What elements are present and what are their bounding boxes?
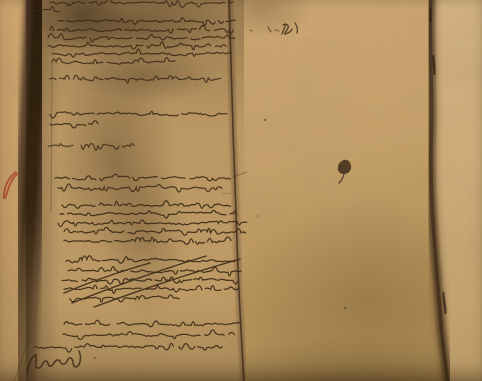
manuscript-left-page bbox=[26, 0, 244, 381]
manuscript-right-page bbox=[244, 0, 482, 381]
manuscript-photo bbox=[0, 0, 482, 381]
